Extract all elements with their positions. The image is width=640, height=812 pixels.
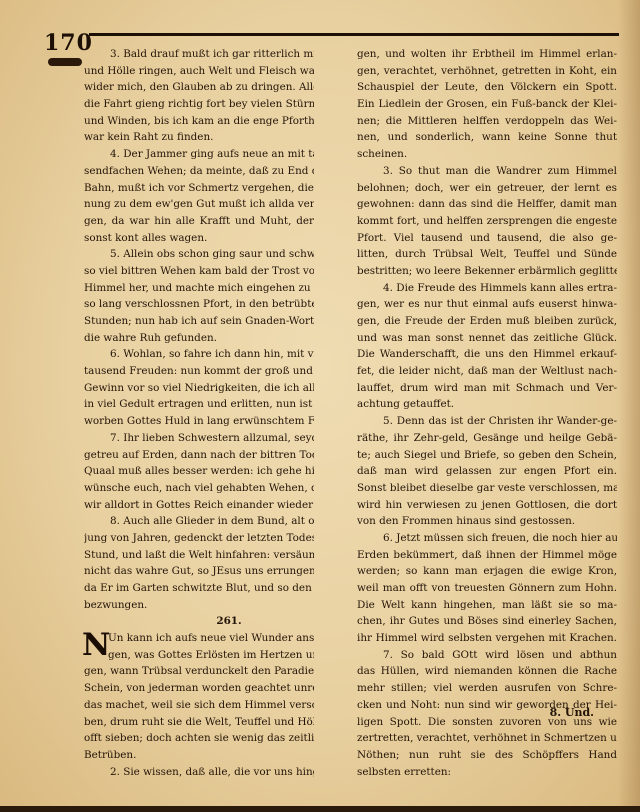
text-line: Quaal muß alles besser werden: ich gehe … [84, 463, 314, 480]
text-line: 7. So bald GOtt wird lösen und abthun [357, 647, 617, 664]
text-line: Himmel her, und machte mich eingehen zu … [84, 280, 314, 297]
text-line: offt sieben; doch achten sie wenig das z… [84, 730, 314, 747]
text-line: räthe, ihr Zehr-geld, Gesänge und heilge… [357, 430, 617, 447]
text-line: selbsten erretten: [357, 764, 617, 781]
hymn-number: 261. [84, 613, 314, 630]
text-line: gewohnen: dann das sind die Helffer, dam… [357, 196, 617, 213]
catchword: 8. Und. [550, 706, 594, 719]
right-column: gen, und wolten ihr Erbtheil im Himmel e… [357, 46, 617, 780]
text-line: 6. Jetzt müssen sich freuen, die noch hi… [357, 530, 617, 547]
text-line: Stund, und laßt die Welt hinfahren: vers… [84, 547, 314, 564]
text-line: kommt fort, und helffen zersprengen die … [357, 213, 617, 230]
text-line: weil man offt von treuesten Gönnern zum … [357, 580, 617, 597]
text-line: scheinen. [357, 146, 617, 163]
text-line: und was man sonst nennet das zeitliche G… [357, 330, 617, 347]
text-line: so lang verschlossnen Pfort, in den betr… [84, 296, 314, 313]
text-line: ihr Himmel wird selbsten vergehen mit Kr… [357, 630, 617, 647]
text-line: Die Welt kann hingehen, man läßt sie so … [357, 597, 617, 614]
text-line: Gewinn vor so viel Niedrigkeiten, die ic… [84, 380, 314, 397]
text-line: gen, da war hin alle Krafft und Muht, de… [84, 213, 314, 230]
text-line: nicht das wahre Gut, so JEsus uns errung… [84, 563, 314, 580]
text-line: lauffet, drum wird man mit Schmach und V… [357, 380, 617, 397]
text-line: 7. Ihr lieben Schwestern allzumal, seyd … [84, 430, 314, 447]
text-line: zertretten, verachtet, verhöhnet in Schm… [357, 730, 617, 747]
text-line: und Winden, bis ich kam an die enge Pfor… [84, 113, 314, 130]
text-line: sonst kont alles wagen. [84, 230, 314, 247]
text-line: 3. Bald drauf mußt ich gar ritterlich mi… [84, 46, 314, 63]
text-line: 4. Die Freude des Himmels kann alles ert… [357, 280, 617, 297]
text-line: Bahn, mußt ich vor Schmertz vergehen, di… [84, 180, 314, 197]
text-line: von den Frommen hinaus sind gestossen. [357, 513, 617, 530]
text-line: wir alldort in Gottes Reich einander wie… [84, 497, 314, 514]
text-line: da Er im Garten schwitzte Blut, und so d… [84, 580, 314, 597]
text-line: worben Gottes Huld in lang erwünschtem F… [84, 413, 314, 430]
text-line: bestritten; wo leere Bekenner erbärmlich… [357, 263, 617, 280]
text-line: mehr stillen; viel werden ausrufen von S… [357, 680, 617, 697]
text-line: litten, durch Trübsal Welt, Teuffel und … [357, 246, 617, 263]
text-line: nung zu dem ew'gen Gut mußt ich allda ve… [84, 196, 314, 213]
text-line: gen, die Freude der Erden muß bleiben zu… [357, 313, 617, 330]
text-line: 5. Allein obs schon ging saur und schwer… [84, 246, 314, 263]
text-line: daß man wird gelassen zur engen Pfort ei… [357, 463, 617, 480]
text-line: fet, die leider nicht, daß man der Weltl… [357, 363, 617, 380]
text-line: das machet, weil sie sich dem Himmel ver… [84, 697, 314, 714]
text-line: wird hin verwiesen zu jenen Gottlosen, d… [357, 497, 617, 514]
book-page: 170 3. Bald drauf mußt ich gar ritterlic… [0, 0, 640, 812]
text-line: die Fahrt gieng richtig fort bey vielen … [84, 96, 314, 113]
text-line: Stunden; nun hab ich auf sein Gnaden-Wor… [84, 313, 314, 330]
text-line: bezwungen. [84, 597, 314, 614]
text-line: 5. Denn das ist der Christen ihr Wander-… [357, 413, 617, 430]
text-line: Schein, von jederman worden geachtet unr… [84, 680, 314, 697]
text-line: Betrüben. [84, 747, 314, 764]
text-line: tausend Freuden: nun kommt der groß und … [84, 363, 314, 380]
text-line: Ein Liedlein der Grosen, ein Fuß-banck d… [357, 96, 617, 113]
text-line: 3. So thut man die Wandrer zum Himmel [357, 163, 617, 180]
text-line: getreu auf Erden, dann nach der bittren … [84, 447, 314, 464]
text-line: Die Wanderschafft, die uns den Himmel er… [357, 346, 617, 363]
text-line: war kein Raht zu finden. [84, 129, 314, 146]
hymn-261-text: gen, wann Trübsal verdunckelt den Paradi… [84, 663, 314, 780]
text-line: 6. Wohlan, so fahre ich dann hin, mit vi… [84, 346, 314, 363]
text-line: te; auch Siegel und Briefe, so geben den… [357, 447, 617, 464]
text-line: nen, und sonderlich, wann keine Sonne th… [357, 129, 617, 146]
dropcap-letter: N [82, 630, 110, 660]
text-line: gen, und wolten ihr Erbtheil im Himmel e… [357, 46, 617, 63]
text-line: nen; die Mittleren helffen verdoppeln da… [357, 113, 617, 130]
left-column: 3. Bald drauf mußt ich gar ritterlich mi… [84, 46, 314, 780]
hymn-260-continuation: 3. Bald drauf mußt ich gar ritterlich mi… [84, 46, 314, 613]
text-line: gen, wann Trübsal verdunckelt den Paradi… [84, 663, 314, 680]
text-line: gen, wer es nur thut einmal aufs euserst… [357, 296, 617, 313]
text-line: die wahre Ruh gefunden. [84, 330, 314, 347]
text-line: jung von Jahren, gedenckt der letzten To… [84, 530, 314, 547]
text-line: 2. Sie wissen, daß alle, die vor uns hin… [84, 764, 314, 781]
page-gutter-shadow [618, 0, 640, 812]
header-rule [89, 33, 619, 36]
hymn-261-opening: N Un kann ich aufs neue viel Wunder ansa… [84, 630, 314, 663]
text-line: 4. Der Jammer ging aufs neue an mit tau- [84, 146, 314, 163]
text-line: das Hüllen, wird niemanden können die Ra… [357, 663, 617, 680]
text-line: belohnen; doch, wer ein getreuer, der le… [357, 180, 617, 197]
ornament-icon [48, 58, 82, 66]
text-line: Pfort. Viel tausend und tausend, die als… [357, 230, 617, 247]
text-line: Erden bekümmert, daß ihnen der Himmel mö… [357, 547, 617, 564]
text-line: gen, was Gottes Erlösten im Hertzen umtr… [84, 647, 314, 664]
text-line: Un kann ich aufs neue viel Wunder ansa- [84, 630, 314, 647]
text-line: achtung getauffet. [357, 396, 617, 413]
text-line: in viel Gedult ertragen und erlitten, nu… [84, 396, 314, 413]
text-line: so viel bittren Wehen kam bald der Trost… [84, 263, 314, 280]
text-line: Schauspiel der Leute, den Völckern ein S… [357, 79, 617, 96]
text-line: chen, ihr Gutes und Böses sind einerley … [357, 613, 617, 630]
text-line: Nöthen; nun ruht sie des Schöpffers Hand [357, 747, 617, 764]
text-line: wünsche euch, nach viel gehabten Wehen, … [84, 480, 314, 497]
text-line: ben, drum ruht sie die Welt, Teuffel und… [84, 714, 314, 731]
text-line: 8. Auch alle Glieder in dem Bund, alt od… [84, 513, 314, 530]
text-line: werden; so kann man erjagen die ewige Kr… [357, 563, 617, 580]
text-line: wider mich, den Glauben ab zu dringen. A… [84, 79, 314, 96]
hymn-261-continuation: gen, und wolten ihr Erbtheil im Himmel e… [357, 46, 617, 780]
text-line: Sonst bleibet dieselbe gar veste verschl… [357, 480, 617, 497]
text-line: gen, verachtet, verhöhnet, getretten in … [357, 63, 617, 80]
text-line: und Hölle ringen, auch Welt und Fleisch … [84, 63, 314, 80]
text-line: sendfachen Wehen; da meinte, daß zu End … [84, 163, 314, 180]
